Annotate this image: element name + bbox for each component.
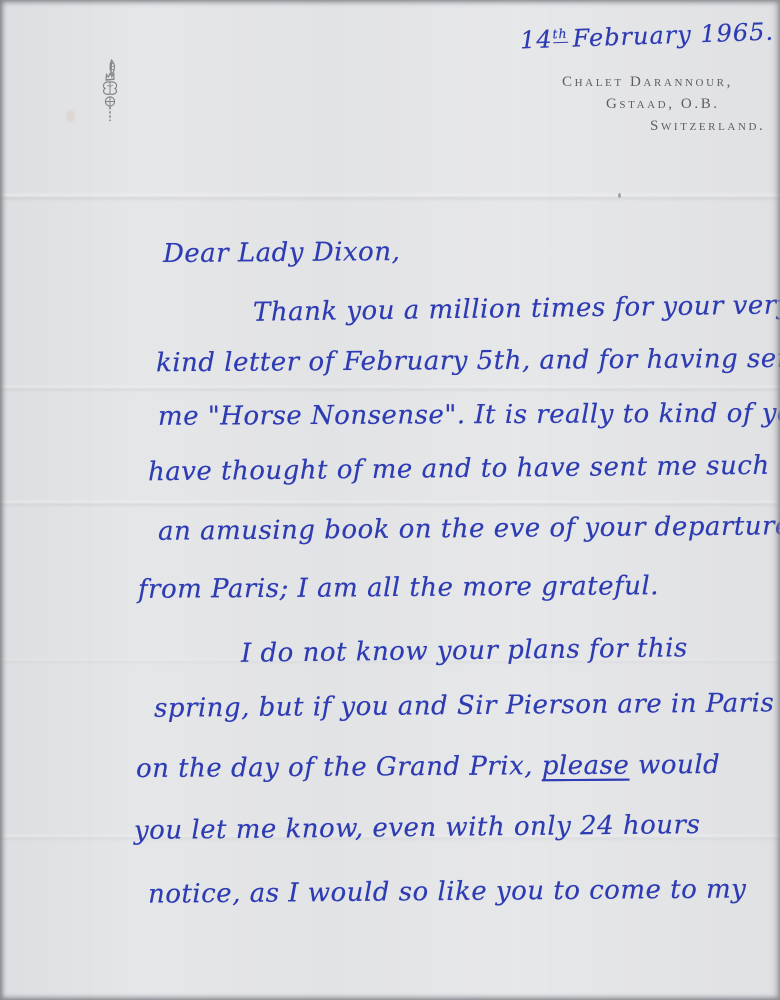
underlined-word: please — [542, 751, 630, 782]
handwritten-line: have thought of me and to have sent me s… — [148, 451, 770, 488]
letter-page: 14thFebruary 1965. Chalet Darannour, Gst… — [0, 0, 780, 1000]
line-segment: would — [629, 750, 720, 781]
fold-crease — [548, 0, 553, 1000]
fold-crease — [0, 501, 780, 506]
date-rest: February 1965. — [572, 18, 774, 53]
line-segment: on the day of the Grand Prix, — [136, 751, 542, 784]
paper-speck — [618, 193, 621, 198]
date-ordinal: th — [552, 26, 568, 44]
handwritten-line: on the day of the Grand Prix, please wou… — [136, 750, 720, 784]
handwritten-line: an amusing book on the eve of your depar… — [158, 511, 780, 547]
handwritten-line: Thank you a million times for your very — [253, 290, 780, 328]
letterhead-address-line-3: Switzerland. — [650, 118, 765, 135]
handwritten-line: from Paris; I am all the more grateful. — [138, 571, 659, 605]
handwritten-line: notice, as I would so like you to come t… — [148, 874, 747, 909]
crest-icon — [98, 58, 122, 124]
fold-crease — [0, 386, 780, 391]
handwritten-line: spring, but if you and Sir Pierson are i… — [154, 688, 774, 723]
handwritten-line: you let me know, even with only 24 hours — [134, 810, 701, 846]
fold-crease — [0, 194, 780, 200]
handwritten-line: kind letter of February 5th, and for hav… — [156, 344, 780, 379]
letterhead-address-line-1: Chalet Darannour, — [562, 74, 733, 91]
paper-spot — [66, 110, 75, 122]
date-day: 14 — [520, 25, 554, 54]
handwritten-line: I do not know your plans for this — [241, 633, 688, 668]
letter-date: 14thFebruary 1965. — [520, 18, 775, 55]
fold-crease — [86, 0, 92, 1000]
handwritten-line: me "Horse Nonsense". It is really to kin… — [158, 398, 780, 432]
scan-edge-shadow — [0, 0, 780, 1000]
letterhead-address-line-2: Gstaad, O.B. — [606, 96, 720, 113]
salutation: Dear Lady Dixon, — [163, 237, 401, 269]
